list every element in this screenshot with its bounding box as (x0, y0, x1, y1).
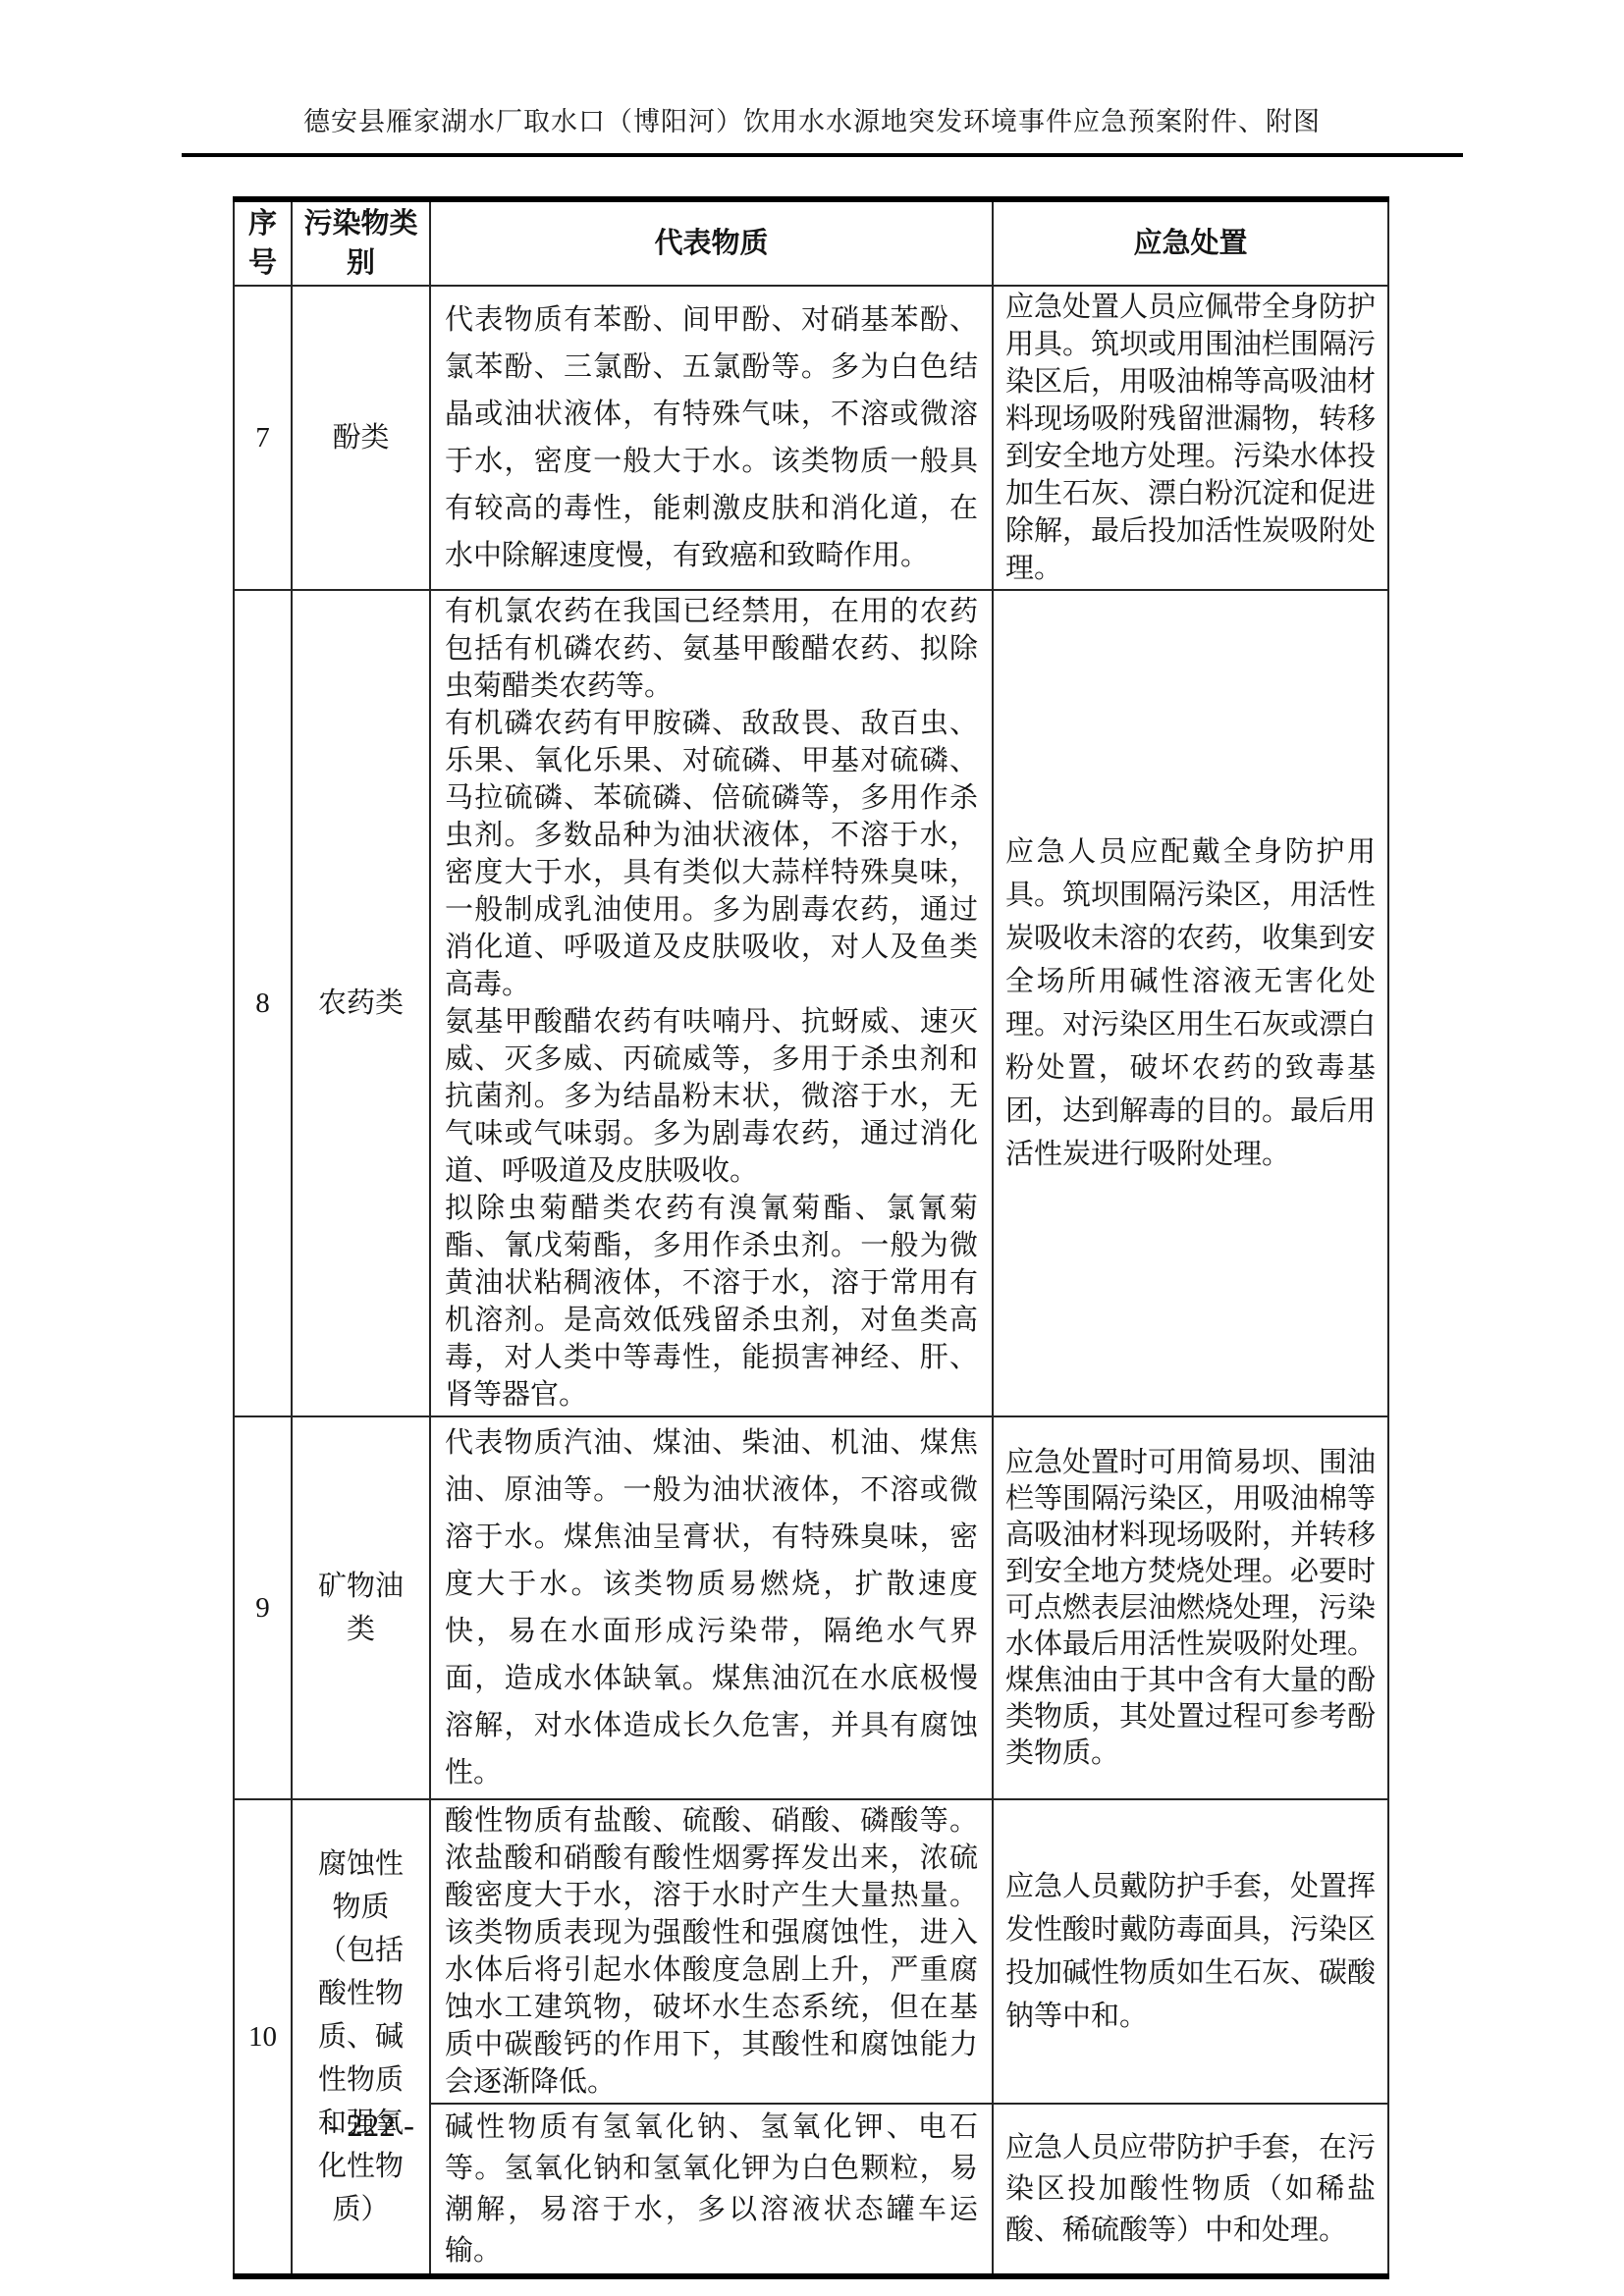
cell-substances-8: 有机氯农药在我国已经禁用，在用的农药包括有机磷农药、氨基甲酸醋农药、拟除虫菊醋类… (430, 590, 993, 1416)
document-header-title: 德安县雁家湖水厂取水口（博阳河）饮用水水源地突发环境事件应急预案附件、附图 (0, 100, 1624, 138)
table-header-row: 序号 污染物类别 代表物质 应急处置 (234, 199, 1388, 286)
cell-category-8: 农药类 (292, 590, 430, 1416)
header-cell-no: 序号 (234, 199, 292, 286)
cell-no-8: 8 (234, 590, 292, 1416)
cell-category-9: 矿物油类 (292, 1416, 430, 1799)
cell-no-10: 10 (234, 1799, 292, 2276)
page-number: - 222 - (293, 2109, 450, 2145)
cell-substances-9: 代表物质汽油、煤油、柴油、机油、煤焦油、原油等。一般为油状液体，不溶或微溶于水。… (430, 1416, 993, 1799)
cell-response-10-alkaline: 应急人员应带防护手套，在污染区投加酸性物质（如稀盐酸、稀硫酸等）中和处理。 (993, 2104, 1388, 2276)
cell-response-10-acid: 应急人员戴防护手套，处置挥发性酸时戴防毒面具，污染区投加碱性物质如生石灰、碳酸钠… (993, 1799, 1388, 2104)
table-row-8: 8 农药类 有机氯农药在我国已经禁用，在用的农药包括有机磷农药、氨基甲酸醋农药、… (234, 590, 1388, 1416)
cell-response-9: 应急处置时可用简易坝、围油栏等围隔污染区，用吸油棉等高吸油材料现场吸附，并转移到… (993, 1416, 1388, 1799)
cell-category-10: 腐蚀性物质（包括酸性物质、碱性物质和强氧化性物质） (292, 1799, 430, 2276)
header-cell-response: 应急处置 (993, 199, 1388, 286)
cell-category-7: 酚类 (292, 286, 430, 590)
cell-substances-7: 代表物质有苯酚、间甲酚、对硝基苯酚、氯苯酚、三氯酚、五氯酚等。多为白色结晶或油状… (430, 286, 993, 590)
cell-substances-10-alkaline: 碱性物质有氢氧化钠、氢氧化钾、电石等。氢氧化钠和氢氧化钾为白色颗粒，易潮解，易溶… (430, 2104, 993, 2276)
cell-substances-10-acid: 酸性物质有盐酸、硫酸、硝酸、磷酸等。浓盐酸和硝酸有酸性烟雾挥发出来，浓硫酸密度大… (430, 1799, 993, 2104)
cell-response-7: 应急处置人员应佩带全身防护用具。筑坝或用围油栏围隔污染区后，用吸油棉等高吸油材料… (993, 286, 1388, 590)
table-row-9: 9 矿物油类 代表物质汽油、煤油、柴油、机油、煤焦油、原油等。一般为油状液体，不… (234, 1416, 1388, 1799)
page: 德安县雁家湖水厂取水口（博阳河）饮用水水源地突发环境事件应急预案附件、附图 序号… (0, 0, 1624, 2296)
header-cell-category: 污染物类别 (292, 199, 430, 286)
cell-response-8: 应急人员应配戴全身防护用具。筑坝围隔污染区，用活性炭吸收未溶的农药，收集到安全场… (993, 590, 1388, 1416)
cell-no-7: 7 (234, 286, 292, 590)
table-row-7: 7 酚类 代表物质有苯酚、间甲酚、对硝基苯酚、氯苯酚、三氯酚、五氯酚等。多为白色… (234, 286, 1388, 590)
cell-no-9: 9 (234, 1416, 292, 1799)
table-row-10-acid: 10 腐蚀性物质（包括酸性物质、碱性物质和强氧化性物质） 酸性物质有盐酸、硫酸、… (234, 1799, 1388, 2104)
header-rule (182, 153, 1463, 157)
pollutant-table: 序号 污染物类别 代表物质 应急处置 7 酚类 代表物质有苯酚、间甲酚、对硝基苯… (233, 196, 1389, 2279)
header-cell-substances: 代表物质 (430, 199, 993, 286)
